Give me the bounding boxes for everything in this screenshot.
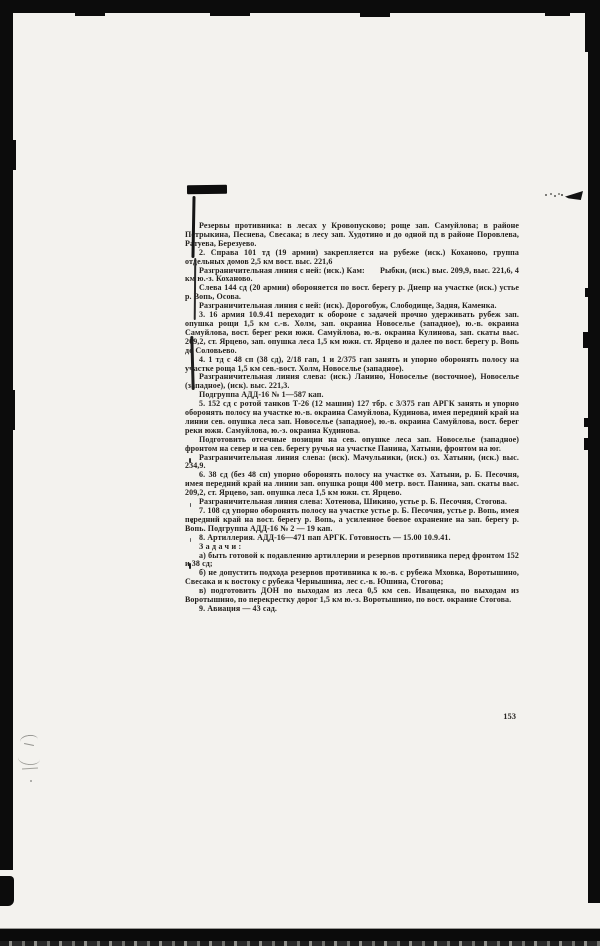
scan-edge-top-bump [75, 13, 105, 16]
paragraph: 6. 38 сд (без 48 сп) упорно оборонять по… [185, 471, 519, 498]
dot-trail-artifact [545, 194, 547, 196]
paragraph: 3. 16 армия 10.9.41 переходит к обороне … [185, 311, 519, 356]
paragraph: 7. 108 сд упорно оборонять полосу на уча… [185, 507, 519, 534]
scan-edge-right-bump [585, 288, 589, 297]
fold-speck [189, 563, 191, 569]
pencil-scribble [22, 767, 38, 769]
ink-bar-artifact [187, 185, 227, 194]
scan-edge-top-bump [210, 13, 250, 16]
scan-edge-top-bump [360, 13, 390, 17]
scan-edge-left-bump [13, 390, 15, 430]
paragraph: 5. 152 сд с ротой танков Т-26 (12 машин)… [185, 400, 519, 436]
paragraph: Разграничительная линия слева: (иск.) Ла… [185, 373, 519, 391]
fold-speck [191, 520, 193, 523]
scan-edge-right-bump [584, 418, 589, 427]
scan-edge-top [0, 0, 600, 13]
scan-edge-right-bump [583, 332, 589, 348]
pencil-scribble [30, 780, 32, 782]
paragraph: а) быть готовой к подавлению артиллерии … [185, 552, 519, 570]
scan-edge-left [0, 0, 13, 870]
paragraph: 2. Справа 101 тд (19 армии) закрепляется… [185, 249, 519, 267]
paragraph: Слева 144 сд (20 армии) обороняется по в… [185, 284, 519, 302]
paragraph: 9. Авиация — 43 сад. [185, 605, 519, 614]
scan-edge-top-bump [545, 13, 570, 16]
pencil-scribble [17, 751, 40, 766]
paragraph: в) подготовить ДОН по выходам из леса 0,… [185, 587, 519, 605]
fold-speck [190, 538, 191, 542]
scan-edge-right-bump [584, 438, 589, 450]
fold-speck [189, 458, 191, 463]
paragraph: Подготовить отсечные позиции на сев. опу… [185, 436, 519, 454]
scan-edge-left-bump [13, 140, 16, 170]
paragraph: Резервы противника: в лесах у Кровопуско… [185, 222, 519, 249]
scan-edge-bottom [0, 929, 600, 941]
paragraph: 4. 1 тд с 48 сп (38 сд), 2/18 гап, 1 и 2… [185, 356, 519, 374]
scan-edge-right [588, 0, 600, 903]
scan-edge-left-tail [0, 876, 14, 906]
scan-edge-bottom-speckle [0, 941, 600, 946]
paragraph: Разграничительная линия с ней: (иск.) Ка… [185, 267, 519, 285]
paragraph: б) не допустить подхода резервов противн… [185, 569, 519, 587]
fold-speck [190, 503, 191, 507]
scanned-document-page: Резервы противника: в лесах у Кровопуско… [0, 0, 600, 946]
ink-wedge-artifact [565, 191, 583, 200]
scan-edge-right-top [585, 0, 589, 52]
page-number: 153 [185, 711, 516, 721]
paragraph: Разграничительная линия слева: (иск). Ма… [185, 454, 519, 472]
page-text: Резервы противника: в лесах у Кровопуско… [185, 222, 519, 614]
